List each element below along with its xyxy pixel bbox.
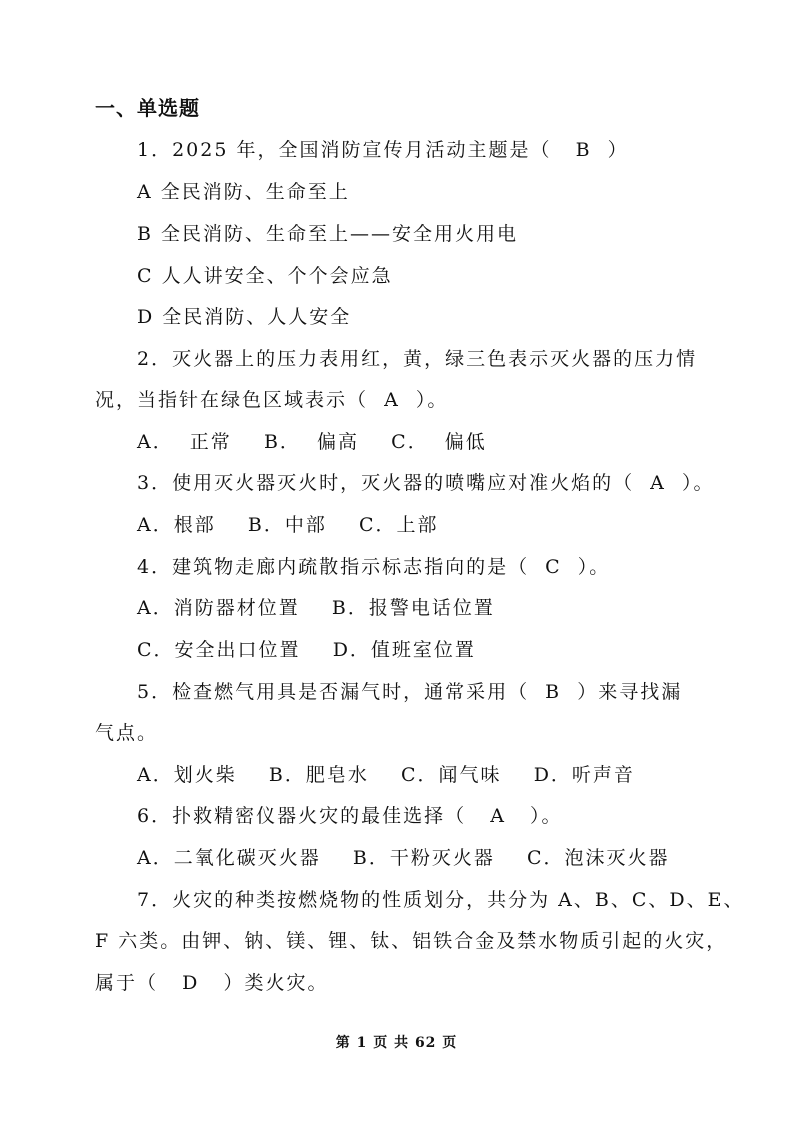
question-5-stem-cont: 气点。 bbox=[95, 721, 158, 745]
question-2-stem-cont: 况，当指针在绿色区域表示（ A ）。 bbox=[95, 388, 448, 412]
question-1-stem: 1．2025 年，全国消防宣传月活动主题是（ B ） bbox=[137, 138, 629, 162]
question-3-options: A．根部 B．中部 C．上部 bbox=[137, 513, 439, 537]
question-4-options-cd: C．安全出口位置 D．值班室位置 bbox=[137, 638, 476, 662]
question-2-stem: 2．灭火器上的压力表用红，黄，绿三色表示灭火器的压力情 bbox=[137, 347, 697, 371]
question-2-options: A． 正常 B． 偏高 C． 偏低 bbox=[137, 430, 487, 454]
question-1-option-c: C 人人讲安全、个个会应急 bbox=[137, 264, 393, 288]
question-7-stem-end: 属于（ D ）类火灾。 bbox=[95, 971, 328, 995]
question-5-stem: 5．检查燃气用具是否漏气时，通常采用（ B ）来寻找漏 bbox=[137, 680, 682, 704]
question-6-options: A．二氧化碳灭火器 B．干粉灭火器 C．泡沫灭火器 bbox=[137, 846, 670, 870]
question-6-stem: 6．扑救精密仪器火灾的最佳选择（ A ）。 bbox=[137, 804, 563, 828]
question-1-option-d: D 全民消防、人人安全 bbox=[137, 305, 351, 329]
question-3-stem: 3．使用灭火器灭火时，灭火器的喷嘴应对准火焰的（ A ）。 bbox=[137, 471, 714, 495]
question-7-stem-cont: F 六类。由钾、钠、镁、锂、钛、铝铁合金及禁水物质引起的火灾， bbox=[95, 929, 727, 953]
document-page: 一、单选题 1．2025 年，全国消防宣传月活动主题是（ B ） A 全民消防、… bbox=[0, 0, 793, 1122]
question-1-option-b: B 全民消防、生命至上——安全用火用电 bbox=[137, 222, 518, 246]
question-4-options-ab: A．消防器材位置 B．报警电话位置 bbox=[137, 596, 495, 620]
section-heading: 一、单选题 bbox=[95, 96, 200, 120]
question-4-stem: 4．建筑物走廊内疏散指示标志指向的是（ C ）。 bbox=[137, 555, 610, 579]
question-5-options: A．划火柴 B．肥皂水 C．闻气味 D．听声音 bbox=[137, 763, 635, 787]
question-7-stem: 7．火灾的种类按燃烧物的性质划分，共分为 A、B、C、D、E、 bbox=[137, 888, 744, 912]
question-1-option-a: A 全民消防、生命至上 bbox=[137, 180, 350, 204]
page-number-footer: 第 1 页 共 62 页 bbox=[0, 1032, 793, 1052]
